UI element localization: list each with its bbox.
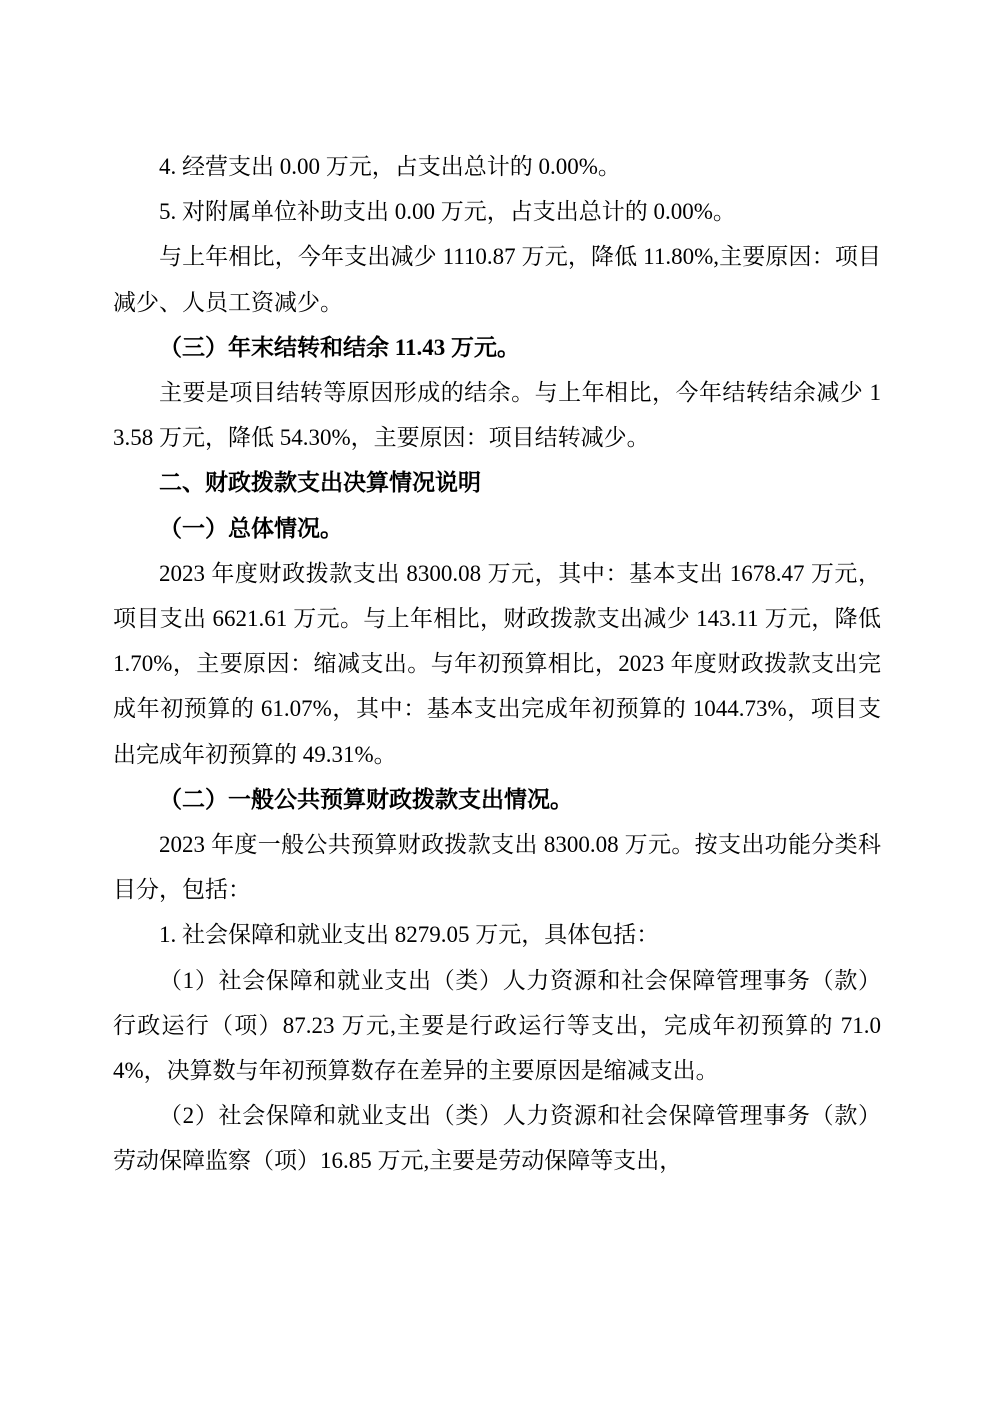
paragraph-carryover-balance-explanation: 主要是项目结转等原因形成的结余。与上年相比，今年结转结余减少 13.58 万元，… bbox=[113, 370, 881, 460]
paragraph-affiliated-subsidy-expense: 5. 对附属单位补助支出 0.00 万元，占支出总计的 0.00%。 bbox=[113, 189, 881, 234]
paragraph-general-budget-details: 2023 年度一般公共预算财政拨款支出 8300.08 万元。按支出功能分类科目… bbox=[113, 822, 881, 912]
paragraph-social-security-employment-total: 1. 社会保障和就业支出 8279.05 万元，具体包括： bbox=[113, 912, 881, 957]
heading-general-public-budget-expense: （二）一般公共预算财政拨款支出情况。 bbox=[113, 777, 881, 822]
paragraph-social-security-item-2: （2）社会保障和就业支出（类）人力资源和社会保障管理事务（款）劳动保障监察（项）… bbox=[113, 1093, 881, 1183]
document-page: 4. 经营支出 0.00 万元，占支出总计的 0.00%。 5. 对附属单位补助… bbox=[0, 0, 992, 1403]
paragraph-overall-situation-details: 2023 年度财政拨款支出 8300.08 万元，其中：基本支出 1678.47… bbox=[113, 551, 881, 777]
paragraph-operating-expense: 4. 经营支出 0.00 万元，占支出总计的 0.00%。 bbox=[113, 144, 881, 189]
heading-year-end-carryover-balance: （三）年末结转和结余 11.43 万元。 bbox=[113, 325, 881, 370]
paragraph-social-security-item-1: （1）社会保障和就业支出（类）人力资源和社会保障管理事务（款）行政运行（项）87… bbox=[113, 958, 881, 1094]
heading-overall-situation: （一）总体情况。 bbox=[113, 506, 881, 551]
heading-fiscal-appropriation-section: 二、财政拨款支出决算情况说明 bbox=[113, 460, 881, 505]
paragraph-yoy-expense-change: 与上年相比，今年支出减少 1110.87 万元，降低 11.80%,主要原因：项… bbox=[113, 234, 881, 324]
